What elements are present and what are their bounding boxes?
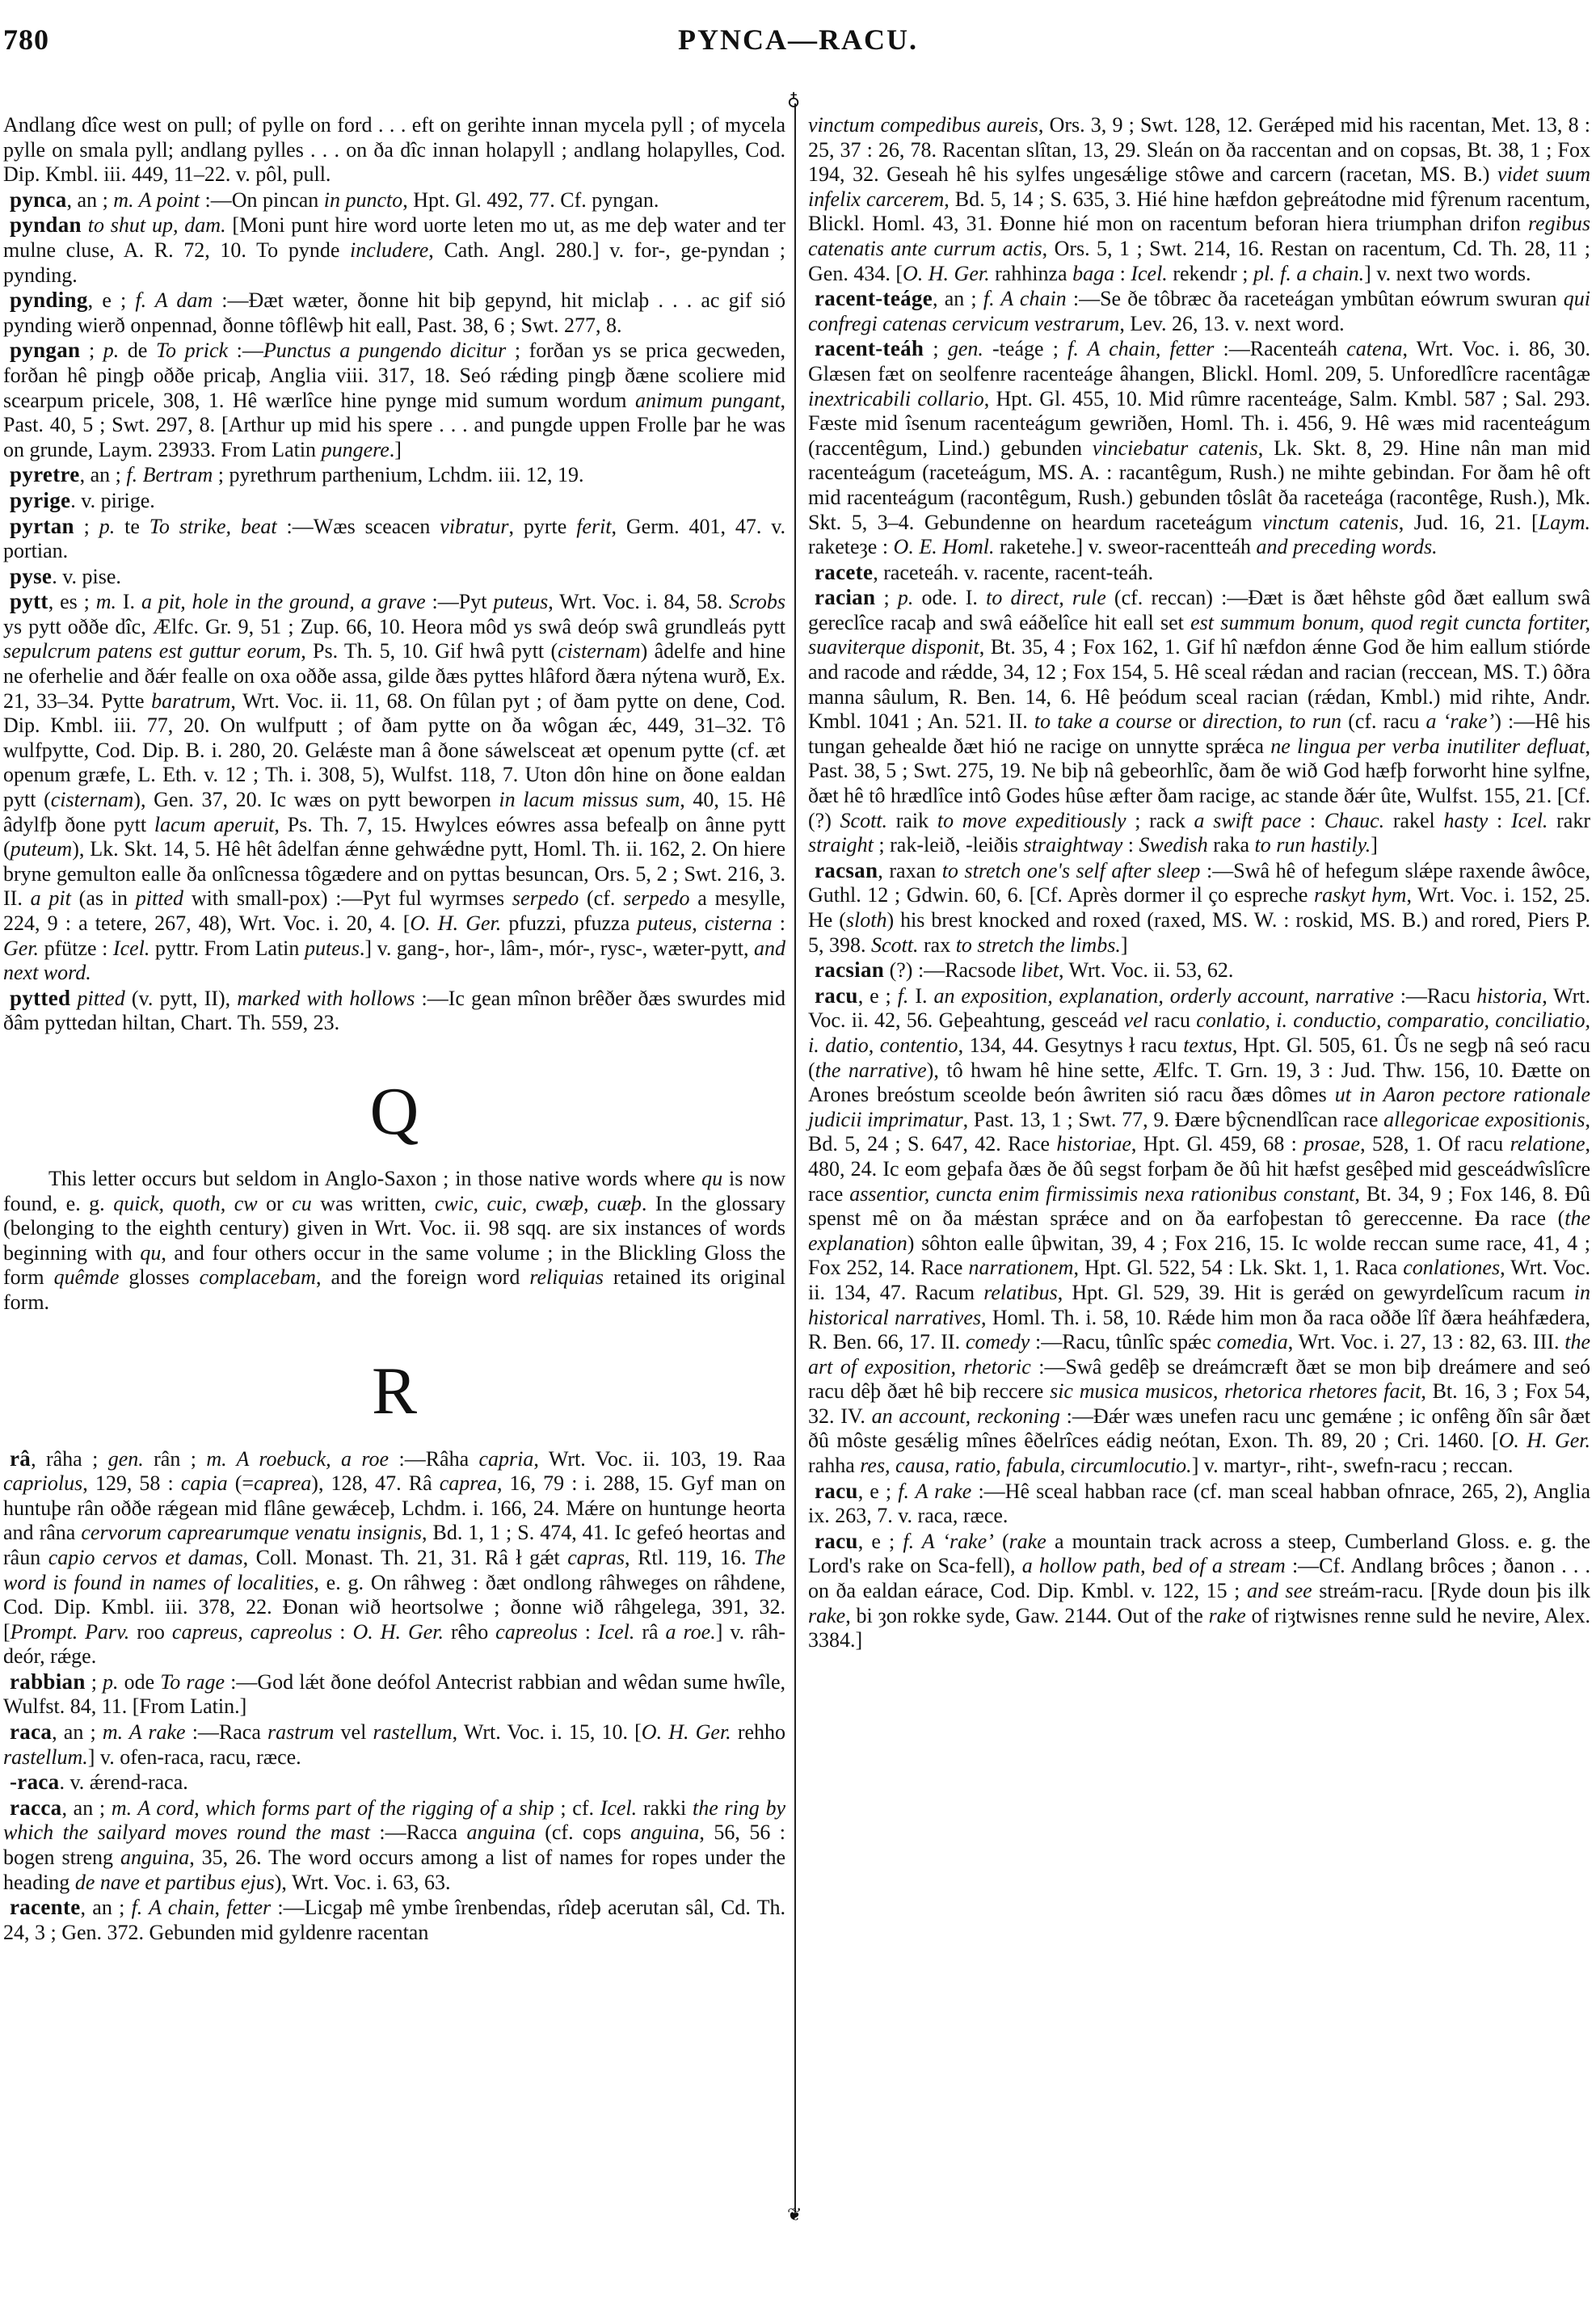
entry-text: caprea bbox=[440, 1471, 497, 1495]
entry-text: qu bbox=[701, 1167, 722, 1190]
entry-text: f. A chain bbox=[983, 287, 1067, 310]
entry-text: , 134, 44. Gesytnys ł racu bbox=[958, 1033, 1184, 1057]
entry-text: , an ; bbox=[81, 1896, 132, 1919]
headword: râ bbox=[10, 1446, 31, 1471]
entry-text: hasty bbox=[1443, 809, 1488, 832]
dictionary-entry: pyrtan ; p. te To strike, beat :—Wæs sce… bbox=[3, 514, 785, 564]
entry-text: assentior, cuncta enim firmissimis nexa … bbox=[849, 1182, 1354, 1206]
entry-text: : bbox=[773, 911, 785, 935]
entry-text: :—Racu, tûnlîc spǽc bbox=[1030, 1330, 1216, 1353]
entry-text: historiae bbox=[1056, 1132, 1131, 1155]
entry-text: Swedish bbox=[1139, 833, 1208, 857]
entry-text: anguina bbox=[467, 1821, 536, 1844]
entry-text: streám-racu. [Ryde doun þis ilk bbox=[1312, 1579, 1590, 1602]
entry-text: a hollow path bbox=[1022, 1554, 1140, 1577]
headword: pyretre bbox=[10, 462, 80, 486]
entry-text: Icel. bbox=[113, 937, 149, 960]
entry-text: comedy bbox=[966, 1330, 1030, 1353]
entry-text: f. Bertram bbox=[126, 463, 213, 486]
entry-text: , Hpt. Gl. 492, 77. Cf. pyngan. bbox=[402, 188, 659, 212]
entry-text: a ‘rake’ bbox=[1426, 709, 1495, 733]
entry-text: rastrum bbox=[267, 1720, 334, 1744]
headword: pyrtan bbox=[10, 514, 74, 538]
entry-text: capreolus bbox=[495, 1620, 578, 1644]
dictionary-entry: racete, raceteáh. v. racente, racent-teá… bbox=[808, 560, 1590, 586]
headword: pynding bbox=[10, 288, 88, 312]
headword: racent-teáge bbox=[815, 286, 933, 310]
dictionary-entry: rabbian ; p. ode To rage :—God lǽt ðone … bbox=[3, 1669, 785, 1720]
entry-text: capriolus bbox=[3, 1471, 82, 1495]
entry-text: O. E. Homl. bbox=[894, 535, 995, 558]
entry-text: vel bbox=[334, 1720, 373, 1744]
entry-text: , Hpt. Gl. 459, 68 : bbox=[1131, 1132, 1303, 1155]
entry-text: ( bbox=[994, 1530, 1009, 1553]
entry-text: gen. bbox=[108, 1447, 144, 1471]
entry-text: relatibus bbox=[983, 1281, 1057, 1304]
entry-text: ode bbox=[119, 1670, 161, 1694]
entry-text: (cf. bbox=[579, 886, 623, 910]
entry-text: , pyrte bbox=[509, 515, 577, 538]
entry-text: catena bbox=[1346, 337, 1402, 360]
entry-text: a pit bbox=[31, 886, 71, 910]
entry-text: rake bbox=[808, 1604, 845, 1627]
entry-text: , an ; bbox=[67, 188, 114, 212]
entry-text: glosses bbox=[119, 1265, 199, 1289]
entry-text: was written, bbox=[312, 1192, 435, 1215]
entry-text: ; cf. bbox=[554, 1796, 600, 1820]
entry-text: an exposition, explanation, orderly acco… bbox=[933, 984, 1393, 1008]
entry-text: relatione bbox=[1510, 1132, 1585, 1155]
entry-text: vinctum catenis bbox=[1262, 511, 1399, 534]
entry-text: .] v. gang-, hor-, lâm-, mór-, rysc-, wæ… bbox=[360, 937, 754, 960]
entry-text: vel bbox=[1124, 1008, 1148, 1032]
entry-text: inextricabili collario bbox=[808, 387, 984, 410]
entry-text: m. A roebuck, a roe bbox=[206, 1447, 389, 1471]
dictionary-entry: racu, e ; f. I. an exposition, explanati… bbox=[808, 983, 1590, 1479]
dictionary-entry: Andlang dîce west on pull; of pylle on f… bbox=[3, 113, 785, 187]
entry-text: ] v. ofen-raca, racu, ræce. bbox=[88, 1745, 301, 1769]
entry-text: serpedo bbox=[512, 886, 579, 910]
entry-text: raskyt hym bbox=[1314, 883, 1406, 907]
entry-text: sloth bbox=[846, 908, 887, 932]
entry-text: rake bbox=[1009, 1530, 1046, 1553]
dictionary-entry: racent-teáge, an ; f. A chain :—Se ðe tô… bbox=[808, 286, 1590, 336]
entry-text: m. bbox=[96, 590, 116, 613]
entry-text: ), 128, 47. Râ bbox=[311, 1471, 439, 1495]
entry-text: , Wrt. Voc. i. 84, 58. bbox=[548, 590, 729, 613]
headword: racu bbox=[815, 1529, 858, 1553]
entry-text: ; rak-leið, -leiðis bbox=[874, 833, 1024, 857]
entry-text: (cf. racu bbox=[1341, 709, 1425, 733]
dictionary-entry: pynding, e ; f. A dam :—Ðæt wæter, ðonne… bbox=[3, 288, 785, 338]
entry-text: capria bbox=[479, 1447, 534, 1471]
entry-text: :—Racenteáh bbox=[1214, 337, 1346, 360]
entry-text: Andlang dîce west on pull; of pylle on f… bbox=[3, 113, 785, 186]
entry-text bbox=[70, 987, 77, 1010]
dictionary-entry: racu, e ; f. A ‘rake’ (rake a mountain t… bbox=[808, 1529, 1590, 1653]
entry-text: p. bbox=[103, 1670, 119, 1694]
entry-text: caprea bbox=[254, 1471, 311, 1495]
bottom-ornament-icon: ❦ bbox=[787, 2206, 802, 2224]
entry-text: direction, to run bbox=[1202, 709, 1341, 733]
entry-text: , raceteáh. v. racente, racent-teáh. bbox=[873, 561, 1153, 584]
dictionary-entry: pyndan to shut up, dam. [Moni punt hire … bbox=[3, 213, 785, 288]
entry-text: rân ; bbox=[144, 1447, 207, 1471]
entry-text: complacebam bbox=[200, 1265, 316, 1289]
entry-text: bed of a stream bbox=[1152, 1554, 1286, 1577]
entry-text: pl. f. a chain. bbox=[1253, 262, 1364, 285]
entry-text: , e ; bbox=[858, 984, 898, 1008]
entry-text: rax bbox=[919, 933, 956, 957]
entry-text: , bbox=[1140, 1554, 1152, 1577]
dictionary-entry: racsan, raxan to stretch one's self afte… bbox=[808, 858, 1590, 958]
dictionary-entry: pyngan ; p. de To prick :—Punctus a pung… bbox=[3, 338, 785, 462]
entry-text: cisternam bbox=[558, 639, 641, 663]
entry-text: the narrative bbox=[815, 1059, 927, 1082]
entry-text: f. bbox=[898, 984, 909, 1008]
entry-text: (as in bbox=[71, 886, 136, 910]
entry-text: p. bbox=[103, 339, 120, 362]
entry-text: ] v. next two words. bbox=[1364, 262, 1531, 285]
entry-text: cu bbox=[292, 1192, 312, 1215]
entry-text: and preceding words. bbox=[1257, 535, 1438, 558]
entry-text: , bi ȝon rokke syde, Gaw. 2144. Out of t… bbox=[845, 1604, 1208, 1627]
entry-text: Chauc. bbox=[1324, 809, 1384, 832]
entry-text: , es ; bbox=[48, 590, 96, 613]
entry-text: (v. pytt, II), bbox=[125, 987, 238, 1010]
headword: pytt bbox=[10, 589, 48, 613]
entry-text: capreus, capreolus bbox=[172, 1620, 332, 1644]
headword: racian bbox=[815, 585, 875, 609]
headword: racent-teáh bbox=[815, 336, 924, 360]
entry-text: comedia bbox=[1217, 1330, 1288, 1353]
entry-text: râ bbox=[634, 1620, 665, 1644]
entry-text: or bbox=[1172, 709, 1202, 733]
headword: -raca bbox=[10, 1770, 59, 1794]
entry-text: to stretch the limbs. bbox=[956, 933, 1121, 957]
dictionary-entry: pyse. v. pise. bbox=[3, 564, 785, 590]
entry-text: , Jud. 16, 21. [ bbox=[1399, 511, 1539, 534]
entry-text: in lacum missus sum bbox=[499, 788, 680, 811]
entry-text: This letter occurs but seldom in Anglo-S… bbox=[48, 1167, 701, 1190]
entry-text: anguina bbox=[630, 1821, 699, 1844]
entry-text: cwic, cuic, cwæþ, cuæþ bbox=[435, 1192, 642, 1215]
entry-text: and see bbox=[1247, 1579, 1312, 1602]
column-divider bbox=[794, 103, 796, 2212]
entry-text: To rage bbox=[160, 1670, 225, 1694]
entry-text: m. A cord, which forms part of the riggi… bbox=[112, 1796, 554, 1820]
entry-text: , Past. 13, 1 ; Swt. 77, 9. Ðære bŷcnend… bbox=[963, 1108, 1383, 1131]
entry-text: :—Râha bbox=[389, 1447, 478, 1471]
entry-text: m. A rake bbox=[103, 1720, 186, 1744]
entry-text: , and the foreign word bbox=[316, 1265, 529, 1289]
entry-text: lacum aperuit bbox=[154, 813, 274, 836]
entry-text: , e ; bbox=[88, 288, 136, 312]
entry-text: qu bbox=[140, 1241, 161, 1265]
headword: racca bbox=[10, 1795, 61, 1820]
entry-text: (cf. cops bbox=[536, 1821, 630, 1844]
headword: racsan bbox=[815, 858, 878, 882]
entry-text: :—Wæs sceacen bbox=[277, 515, 440, 538]
entry-text: vibratur bbox=[440, 515, 508, 538]
entry-text: . v. pirige. bbox=[70, 489, 154, 512]
entry-text: Prompt. Parv. bbox=[11, 1620, 130, 1644]
entry-text: straight bbox=[808, 833, 874, 857]
entry-text: sepulcrum patens est guttur eorum bbox=[3, 639, 301, 663]
entry-text: , an ; bbox=[933, 287, 983, 310]
dictionary-entry: raca, an ; m. A rake :—Raca rastrum vel … bbox=[3, 1720, 785, 1770]
entry-text: , an ; bbox=[61, 1796, 111, 1820]
entry-text: rastellum bbox=[373, 1720, 452, 1744]
entry-text: rehho bbox=[731, 1720, 785, 1744]
dictionary-entry: pyretre, an ; f. Bertram ; pyrethrum par… bbox=[3, 462, 785, 488]
entry-text: ] bbox=[1121, 933, 1128, 957]
entry-text: to take a course bbox=[1034, 709, 1172, 733]
entry-text: ] bbox=[1371, 833, 1378, 857]
entry-text: Icel. bbox=[600, 1796, 637, 1820]
entry-text: ; bbox=[74, 515, 99, 538]
section-letter-heading: R bbox=[3, 1353, 785, 1430]
headword: racu bbox=[815, 1479, 858, 1503]
dictionary-entry: pytt, es ; m. I. a pit, hole in the grou… bbox=[3, 589, 785, 986]
entry-text: vinctum compedibus aureis bbox=[808, 113, 1038, 137]
entry-text: raka bbox=[1208, 833, 1255, 857]
entry-text: : bbox=[1114, 262, 1131, 285]
entry-text: pitted bbox=[78, 987, 125, 1010]
dictionary-entry: -raca. v. ǽrend-raca. bbox=[3, 1770, 785, 1795]
running-head: PYNCA—RACU. bbox=[0, 23, 1596, 57]
entry-text: quêmde bbox=[54, 1265, 120, 1289]
entry-text: rakki bbox=[637, 1796, 693, 1820]
entry-text: textus bbox=[1183, 1033, 1232, 1057]
entry-text: an account, reckoning bbox=[872, 1404, 1060, 1428]
entry-text: ; bbox=[924, 337, 948, 360]
entry-text: reliquias bbox=[529, 1265, 603, 1289]
entry-text: de bbox=[119, 339, 156, 362]
entry-text: cervorum caprearumque venatu insignis bbox=[81, 1521, 422, 1544]
entry-text: ] v. martyr-, riht-, swefn-racu ; reccan… bbox=[1192, 1454, 1514, 1477]
entry-text: ys pytt oððe dîc, Ælfc. Gr. 9, 51 ; Zup.… bbox=[3, 615, 785, 638]
entry-text: Laym. bbox=[1539, 511, 1590, 534]
entry-text: , 129, 58 : bbox=[82, 1471, 181, 1495]
top-ornament-icon: ♁ bbox=[787, 91, 800, 108]
entry-text: raik bbox=[887, 809, 937, 832]
dictionary-entry: vinctum compedibus aureis, Ors. 3, 9 ; S… bbox=[808, 113, 1590, 286]
entry-text: pitted bbox=[136, 886, 183, 910]
entry-text: ; bbox=[80, 339, 103, 362]
entry-text: prosae bbox=[1303, 1132, 1360, 1155]
dictionary-entry: This letter occurs but seldom in Anglo-S… bbox=[3, 1167, 785, 1315]
entry-text: marked with hollows bbox=[237, 987, 415, 1010]
headword: racsian bbox=[815, 958, 884, 982]
entry-text: f. A chain, fetter bbox=[132, 1896, 272, 1919]
entry-text: Scott. bbox=[840, 809, 888, 832]
entry-text: , Wrt. Voc. i. 27, 13 : 82, 63. III. bbox=[1288, 1330, 1564, 1353]
entry-text: to move expeditiously bbox=[937, 809, 1126, 832]
dictionary-entry: racent-teáh ; gen. -teáge ; f. A chain, … bbox=[808, 336, 1590, 559]
entry-text: , e ; bbox=[858, 1480, 899, 1503]
entry-text: in puncto bbox=[324, 188, 403, 212]
entry-text: p. bbox=[898, 586, 914, 609]
entry-text: , Coll. Monast. Th. 21, 31. Râ ł gǽt bbox=[243, 1546, 568, 1569]
headword: pyrige bbox=[10, 488, 70, 512]
entry-text: cisternam bbox=[51, 788, 134, 811]
entry-text: rekendr ; bbox=[1168, 262, 1253, 285]
entry-text: capio cervos et damas bbox=[48, 1546, 243, 1569]
dictionary-entry: pyrige. v. pirige. bbox=[3, 488, 785, 514]
entry-text: To prick bbox=[156, 339, 228, 362]
dictionary-entry: racu, e ; f. A rake :—Hê sceal habban ra… bbox=[808, 1479, 1590, 1529]
entry-text: O. H. Ger. bbox=[410, 911, 501, 935]
right-column: vinctum compedibus aureis, Ors. 3, 9 ; S… bbox=[808, 113, 1590, 1653]
entry-text: res, causa, ratio, fabula, circumlocutio… bbox=[860, 1454, 1191, 1477]
entry-text: , an ; bbox=[80, 463, 127, 486]
headword: racente bbox=[10, 1895, 81, 1919]
dictionary-entry: racsian (?) :—Racsode libet, Wrt. Voc. i… bbox=[808, 958, 1590, 983]
entry-text: , raxan bbox=[878, 859, 941, 882]
entry-text: I. bbox=[116, 590, 141, 613]
entry-text: puteus bbox=[305, 937, 360, 960]
entry-text: to stretch one's self after sleep bbox=[942, 859, 1201, 882]
entry-text: pfuzzi, pfuzza bbox=[501, 911, 637, 935]
entry-text: , an ; bbox=[52, 1720, 103, 1744]
entry-text: ; pyrethrum parthenium, Lchdm. iii. 12, … bbox=[213, 463, 583, 486]
entry-text: Icel. bbox=[1131, 262, 1167, 285]
entry-text: ), Wrt. Voc. i. 63, 63. bbox=[275, 1871, 451, 1894]
entry-text: :—Se ðe tôbræc ða raceteágan ymbûtan eów… bbox=[1067, 287, 1564, 310]
entry-text: :—On pincan bbox=[200, 188, 324, 212]
headword: pynca bbox=[10, 187, 67, 212]
entry-text: :— bbox=[228, 339, 263, 362]
entry-text: quick, quoth, cw bbox=[113, 1192, 257, 1215]
entry-text: rêho bbox=[444, 1620, 495, 1644]
entry-text: historia bbox=[1476, 984, 1542, 1008]
entry-text: to direct, rule bbox=[986, 586, 1106, 609]
entry-text: Punctus a pungendo dicitur bbox=[263, 339, 506, 362]
entry-text: capia bbox=[181, 1471, 228, 1495]
entry-text: . v. ǽrend-raca. bbox=[59, 1770, 187, 1794]
entry-text: conlationes bbox=[1403, 1256, 1500, 1279]
entry-text: . v. pise. bbox=[52, 565, 121, 588]
entry-text: rahhinza bbox=[990, 262, 1073, 285]
dictionary-entry: racian ; p. ode. I. to direct, rule (cf.… bbox=[808, 585, 1590, 858]
entry-text: baga bbox=[1072, 262, 1114, 285]
entry-text: :—Racu bbox=[1394, 984, 1476, 1008]
entry-text: includere bbox=[350, 238, 428, 262]
dictionary-entry: racca, an ; m. A cord, which forms part … bbox=[3, 1795, 785, 1895]
entry-text: O. H. Ger. bbox=[642, 1720, 731, 1744]
entry-text: rakr bbox=[1548, 809, 1590, 832]
entry-text: Icel. bbox=[598, 1620, 634, 1644]
entry-text: sic musica musicos, rhetorica rhetores f… bbox=[1050, 1379, 1421, 1403]
entry-text: rastellum. bbox=[3, 1745, 88, 1769]
entry-text: : bbox=[1488, 809, 1511, 832]
entry-text: ode. I. bbox=[913, 586, 986, 609]
entry-text: , e ; bbox=[858, 1530, 903, 1553]
entry-text: , Wrt. Voc. i. 15, 10. [ bbox=[453, 1720, 642, 1744]
entry-text: rahha bbox=[808, 1454, 860, 1477]
headword: pyngan bbox=[10, 338, 80, 362]
entry-text: f. A ‘rake’ bbox=[903, 1530, 993, 1553]
entry-text: animum pungant bbox=[635, 389, 781, 412]
dictionary-entry: râ, râha ; gen. rân ; m. A roebuck, a ro… bbox=[3, 1446, 785, 1669]
entry-text: f. A dam bbox=[135, 288, 213, 312]
headword: pytted bbox=[10, 986, 70, 1010]
entry-text: or bbox=[258, 1192, 293, 1215]
entry-text: O. H. Ger. bbox=[352, 1620, 444, 1644]
entry-text: :—Racca bbox=[370, 1821, 467, 1844]
entry-text: baratrum bbox=[151, 689, 230, 713]
entry-text: -teáge ; bbox=[983, 337, 1068, 360]
entry-text: , Lev. 26, 13. v. next word. bbox=[1119, 312, 1344, 335]
entry-text: : bbox=[1122, 833, 1139, 857]
dictionary-entry: racente, an ; f. A chain, fetter :—Licga… bbox=[3, 1895, 785, 1945]
entry-text: ne lingua per verba inutiliter defluat bbox=[1270, 735, 1585, 758]
entry-text: narrationem bbox=[968, 1256, 1073, 1279]
entry-text: puteum bbox=[11, 837, 73, 861]
entry-text: : bbox=[332, 1620, 352, 1644]
entry-text: a pit, hole in the ground, a grave bbox=[141, 590, 426, 613]
entry-text: , Hpt. Gl. 522, 54 : Lk. Skt. 1, 1. Raca bbox=[1073, 1256, 1403, 1279]
entry-text: a swift pace bbox=[1194, 809, 1302, 832]
entry-text: ; bbox=[875, 586, 898, 609]
entry-text: vinciebatur catenis bbox=[1093, 436, 1258, 460]
entry-text: anguina bbox=[120, 1846, 189, 1869]
entry-text: :—Raca bbox=[186, 1720, 267, 1744]
entry-text: a roe. bbox=[666, 1620, 716, 1644]
entry-text: Ger. bbox=[3, 937, 39, 960]
entry-text: :—Pyt bbox=[426, 590, 494, 613]
entry-text: p. bbox=[99, 515, 116, 538]
entry-text: : bbox=[1301, 809, 1324, 832]
entry-text: Scrobs bbox=[729, 590, 785, 613]
headword: pyndan bbox=[10, 213, 82, 237]
entry-text: raketehe.] v. sweor-racentteáh bbox=[994, 535, 1256, 558]
entry-text: O. H. Ger. bbox=[1499, 1429, 1590, 1452]
entry-text: ), Gen. 37, 20. Ic wæs on pytt beworpen bbox=[133, 788, 499, 811]
dictionary-entry: pynca, an ; m. A point :—On pincan in pu… bbox=[3, 187, 785, 213]
left-column: Andlang dîce west on pull; of pylle on f… bbox=[3, 113, 785, 1945]
entry-text: rakel bbox=[1384, 809, 1443, 832]
entry-text: ; bbox=[86, 1670, 103, 1694]
entry-text: libet bbox=[1021, 958, 1059, 982]
entry-text: puteus bbox=[493, 590, 548, 613]
entry-text: de nave et partibus ejus bbox=[75, 1871, 275, 1894]
entry-text: racu bbox=[1148, 1008, 1196, 1032]
headword: rabbian bbox=[10, 1669, 86, 1694]
entry-text: to shut up, dam. bbox=[88, 213, 226, 237]
entry-text: Icel. bbox=[1511, 809, 1548, 832]
entry-text: , râha ; bbox=[31, 1447, 108, 1471]
headword: pyse bbox=[10, 564, 52, 588]
section-letter-heading: Q bbox=[3, 1073, 785, 1151]
entry-text: rake bbox=[1209, 1604, 1246, 1627]
entry-text: ferit bbox=[576, 515, 611, 538]
entry-text: pungere bbox=[322, 438, 390, 461]
headword: raca bbox=[10, 1720, 52, 1744]
page-header: 780 PYNCA—RACU. bbox=[0, 23, 1596, 71]
entry-text: with small-pox) :—Pyt ful wyrmses bbox=[183, 886, 512, 910]
entry-text: ; rack bbox=[1126, 809, 1194, 832]
entry-text: : bbox=[578, 1620, 598, 1644]
entry-text: to run hastily. bbox=[1255, 833, 1371, 857]
entry-text: serpedo bbox=[623, 886, 689, 910]
entry-text: I. bbox=[908, 984, 933, 1008]
entry-text: te bbox=[115, 515, 149, 538]
entry-text: , Ps. Th. 5, 10. Gif hwâ pytt ( bbox=[301, 639, 558, 663]
entry-text: m. A point bbox=[113, 188, 200, 212]
entry-text: .] bbox=[390, 438, 402, 461]
